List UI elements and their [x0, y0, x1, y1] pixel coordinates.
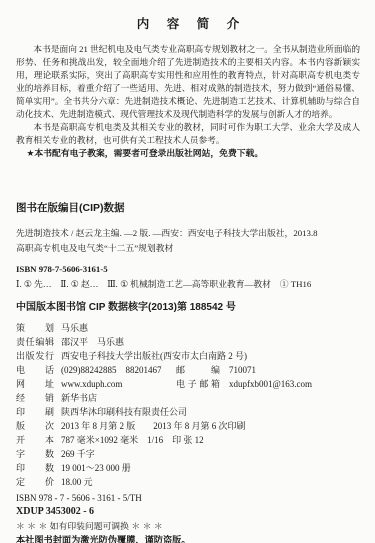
row-value: (029)88242885 88201467: [61, 365, 162, 375]
postal-code-pair: 邮编710071: [176, 363, 256, 377]
colophon-row-printer: 印刷陕西华沐印刷科技有限责任公司: [16, 405, 360, 419]
cip-title-line: 先进制造技术 / 赵云龙主编. —2 版. —西安：西安电子科技大学出版社，20…: [16, 226, 360, 241]
colophon-row-format: 开本787 毫米×1092 毫米 1/16 印 张 12: [16, 433, 360, 447]
email-pair: 电子邮箱xdupfxb001@163.com: [176, 377, 312, 391]
colophon-row-edition: 版次2013 年 8 月第 2 版 2013 年 8 月第 6 次印刷: [16, 419, 360, 433]
row-label: 版次: [16, 419, 54, 433]
row-label: 责任编辑: [16, 335, 54, 349]
colophon-row-editors: 责任编辑邵汉平 马乐惠: [16, 335, 360, 349]
colophon-row-distributor: 经销新华书店: [16, 391, 360, 405]
cip-series-line: 高职高专机电及电气类“十二五”规划教材: [16, 241, 360, 256]
secondary-value: 710071: [229, 365, 256, 375]
row-value: 2013 年 8 月第 2 版 2013 年 8 月第 6 次印刷: [61, 421, 246, 431]
antipiracy-note: 本社图书封面为激光防伪覆膜，谨防盗版。: [16, 534, 360, 543]
cip-heading: 图书在版编目(CIP)数据: [16, 200, 360, 215]
colophon-row-phone: 电话(029)88242885 88201467 邮编710071: [16, 363, 360, 377]
row-value: 18.00 元: [61, 477, 93, 487]
content-summary: 本书是面向 21 世纪机电及电气类专业高职高专规划教材之一。全书从制造业所面临的…: [16, 43, 360, 147]
row-value: www.xduph.com: [61, 379, 122, 389]
row-value: 邵汉平 马乐惠: [61, 337, 124, 347]
row-value: 西安电子科技大学出版社(西安市太白南路 2 号): [61, 351, 247, 361]
cip-registry-number: 中国版本图书馆 CIP 数据核字(2013)第 188542 号: [16, 298, 360, 313]
ebook-note: ★本书配有电子教案，需要者可登录出版社网站，免费下载。: [16, 147, 360, 160]
row-label: 经销: [16, 391, 54, 405]
row-label: 印数: [16, 461, 54, 475]
row-value: 269 千字: [61, 449, 95, 459]
row-value: 马乐惠: [61, 323, 88, 333]
book-copyright-page: 内 容 简 介 本书是面向 21 世纪机电及电气类专业高职高专规划教材之一。全书…: [0, 14, 375, 543]
row-label: 出版发行: [16, 349, 54, 363]
secondary-value: xdupfxb001@163.com: [229, 379, 312, 389]
cip-classification: Ⅰ. ① 先… Ⅱ. ① 赵… Ⅲ. ① 机械制造工艺—高等职业教育—教材 ① …: [16, 278, 360, 291]
colophon-row-word-count: 字数269 千字: [16, 447, 360, 461]
colophon-row-price: 定价18.00 元: [16, 475, 360, 489]
row-label: 开本: [16, 433, 54, 447]
book-code: XDUP 3453002 - 6: [16, 505, 360, 519]
row-label: 字数: [16, 447, 54, 461]
intro-paragraph-2: 本书是高职高专机电类及其相关专业的教材，同时可作为职工大学、业余大学及成人教育相…: [16, 121, 360, 147]
row-label: 印刷: [16, 405, 54, 419]
row-label: 网址: [16, 377, 54, 391]
exchange-note: ＊ ＊ ＊ 如有印装问题可调换 ＊ ＊ ＊: [16, 520, 360, 532]
row-label: 策划: [16, 321, 54, 335]
row-value: 新华书店: [61, 393, 97, 403]
row-value: 陕西华沐印刷科技有限责任公司: [61, 407, 187, 417]
row-label: 电话: [16, 363, 54, 377]
cip-isbn: ISBN 978-7-5606-3161-5: [16, 263, 360, 276]
isbn-full: ISBN 978 - 7 - 5606 - 3161 - 5/TH: [16, 492, 360, 505]
colophon-row-website: 网址www.xduph.com 电子邮箱xdupfxb001@163.com: [16, 377, 360, 391]
secondary-label: 电子邮箱: [176, 377, 220, 391]
row-value: 19 001～23 000 册: [61, 463, 131, 473]
colophon-row-print-run: 印数19 001～23 000 册: [16, 461, 360, 475]
content-summary-title: 内 容 简 介: [16, 14, 360, 32]
colophon-table: 策划马乐惠 责任编辑邵汉平 马乐惠 出版发行西安电子科技大学出版社(西安市太白南…: [16, 321, 360, 489]
colophon-row-planner: 策划马乐惠: [16, 321, 360, 335]
row-label: 定价: [16, 475, 54, 489]
secondary-label: 邮编: [176, 363, 220, 377]
colophon-row-publisher: 出版发行西安电子科技大学出版社(西安市太白南路 2 号): [16, 349, 360, 363]
intro-paragraph-1: 本书是面向 21 世纪机电及电气类专业高职高专规划教材之一。全书从制造业所面临的…: [16, 43, 360, 121]
row-value: 787 毫米×1092 毫米 1/16 印 张 12: [61, 435, 204, 445]
